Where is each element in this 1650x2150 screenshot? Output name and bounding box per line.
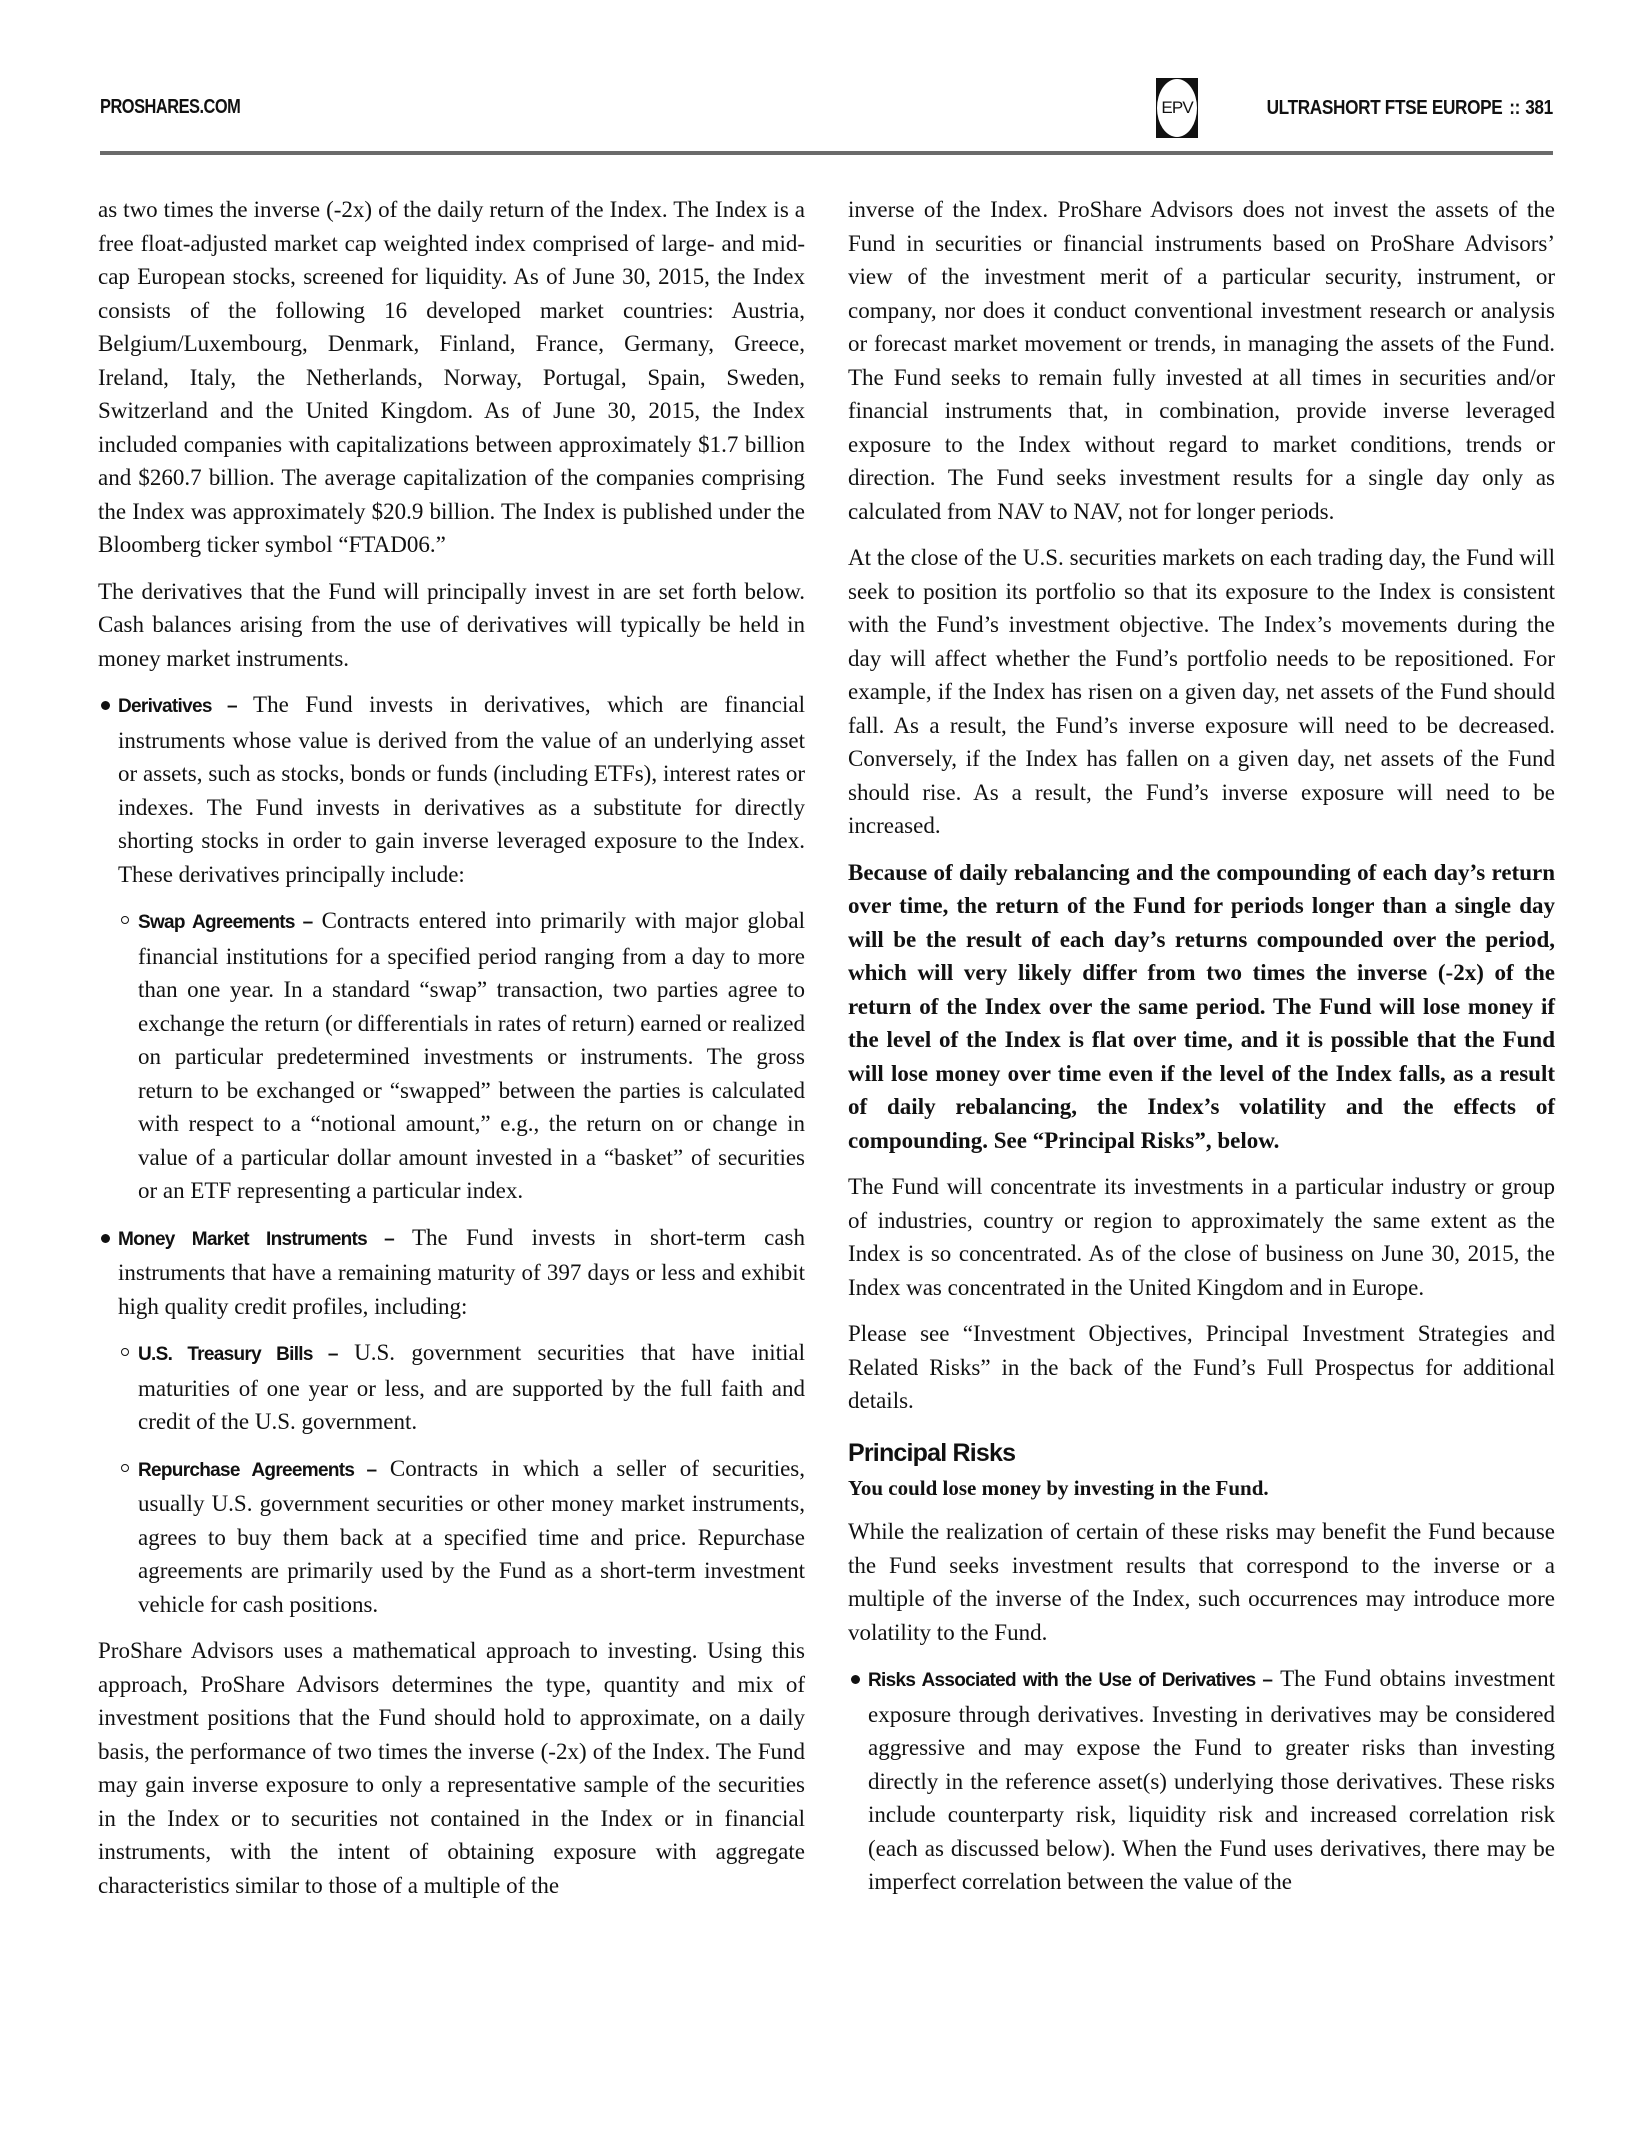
concentration-paragraph: The Fund will concentrate its investment…	[848, 1170, 1555, 1304]
sub-bullet-lead: Swap Agreements –	[138, 912, 313, 933]
section-heading-principal-risks: Principal Risks	[848, 1436, 1555, 1470]
bullet-lead: Derivatives –	[118, 696, 237, 717]
ticker-symbol: EPV	[1161, 98, 1193, 118]
bullet-icon	[851, 1675, 860, 1684]
mathematical-approach-paragraph: ProShare Advisors uses a mathematical ap…	[98, 1634, 805, 1902]
derivatives-sublist: Swap Agreements – Contracts entered into…	[118, 904, 805, 1208]
list-item-money-market: Money Market Instruments – The Fund inve…	[98, 1221, 805, 1622]
fund-title: ULTRASHORT FTSE EUROPE::381	[1267, 97, 1553, 120]
rebalancing-paragraph: At the close of the U.S. securities mark…	[848, 541, 1555, 843]
index-description-paragraph: as two times the inverse (-2x) of the da…	[98, 193, 805, 562]
page-header: PROSHARES.COM EPV ULTRASHORT FTSE EUROPE…	[100, 70, 1553, 160]
sub-bullet-text: Contracts entered into primarily with ma…	[138, 908, 805, 1203]
header-divider	[100, 151, 1553, 155]
sub-bullet-icon	[121, 1348, 129, 1356]
see-also-paragraph: Please see “Investment Objectives, Princ…	[848, 1317, 1555, 1418]
ticker-circle-icon: EPV	[1157, 79, 1197, 137]
bullet-icon	[101, 701, 110, 710]
instrument-list: Derivatives – The Fund invests in deriva…	[98, 688, 805, 1621]
risk-list: Risks Associated with the Use of Derivat…	[848, 1662, 1555, 1899]
list-item-swap-agreements: Swap Agreements – Contracts entered into…	[118, 904, 805, 1208]
compounding-warning: Because of daily rebalancing and the com…	[848, 856, 1555, 1158]
site-name: PROSHARES.COM	[100, 96, 240, 119]
left-column: as two times the inverse (-2x) of the da…	[98, 193, 805, 1915]
investment-approach-paragraph: inverse of the Index. ProShare Advisors …	[848, 193, 1555, 528]
list-item-derivatives-risk: Risks Associated with the Use of Derivat…	[848, 1662, 1555, 1899]
bullet-lead: Money Market Instruments –	[118, 1229, 394, 1250]
bullet-text: The Fund obtains investment exposure thr…	[868, 1666, 1555, 1894]
page-number: 381	[1525, 97, 1553, 119]
derivatives-intro-paragraph: The derivatives that the Fund will princ…	[98, 575, 805, 676]
title-separator: ::	[1509, 97, 1520, 119]
list-item-derivatives: Derivatives – The Fund invests in deriva…	[98, 688, 805, 1208]
sub-bullet-lead: U.S. Treasury Bills –	[138, 1344, 338, 1365]
sub-bullet-icon	[121, 916, 129, 924]
list-item-treasury-bills: U.S. Treasury Bills – U.S. government se…	[118, 1336, 805, 1439]
list-item-repurchase-agreements: Repurchase Agreements – Contracts in whi…	[118, 1452, 805, 1622]
risks-intro-paragraph: While the realization of certain of thes…	[848, 1515, 1555, 1649]
sub-bullet-lead: Repurchase Agreements –	[138, 1460, 376, 1481]
fund-name: ULTRASHORT FTSE EUROPE	[1267, 97, 1503, 119]
bullet-text: The Fund invests in derivatives, which a…	[118, 692, 805, 887]
money-market-sublist: U.S. Treasury Bills – U.S. government se…	[118, 1336, 805, 1621]
right-column: inverse of the Index. ProShare Advisors …	[848, 193, 1555, 1912]
bullet-lead: Risks Associated with the Use of Derivat…	[868, 1670, 1272, 1691]
ticker-badge: EPV	[1156, 78, 1198, 138]
bullet-icon	[101, 1234, 110, 1243]
sub-bullet-icon	[121, 1464, 129, 1472]
risk-subheading: You could lose money by investing in the…	[848, 1472, 1555, 1506]
header-fund-info: EPV ULTRASHORT FTSE EUROPE::381	[1156, 78, 1553, 138]
